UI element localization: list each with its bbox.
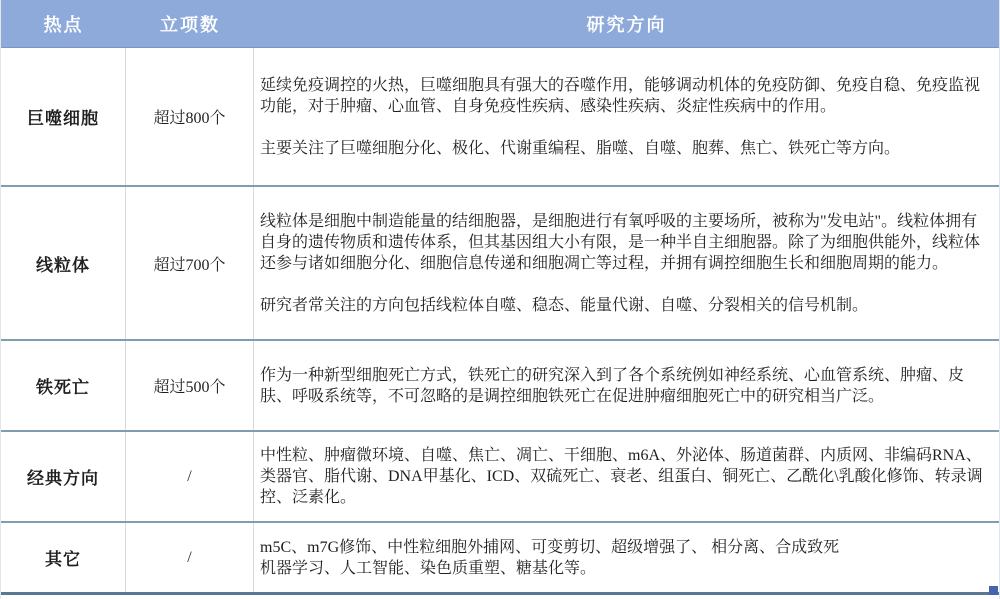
direction-paragraph: m5C、m7G修饰、中性粒细胞外捕网、可变剪切、超级增强了、 相分离、合成致死 — [260, 537, 983, 558]
table-row: 铁死亡 超过500个 作为一种新型细胞死亡方式，铁死亡的研究深入到了各个系统例如… — [1, 341, 999, 432]
project-count-cell: 超过800个 — [126, 48, 254, 185]
hotspot-cell: 巨噬细胞 — [1, 48, 126, 185]
hotspot-cell: 线粒体 — [1, 187, 126, 339]
direction-paragraph: 线粒体是细胞中制造能量的结细胞器，是细胞进行有氧呼吸的主要场所，被称为"发电站"… — [260, 211, 983, 274]
hotspot-cell: 经典方向 — [1, 432, 126, 521]
research-direction-cell: m5C、m7G修饰、中性粒细胞外捕网、可变剪切、超级增强了、 相分离、合成致死 … — [254, 523, 999, 592]
direction-paragraph: 中性粒、肿瘤微环境、自噬、焦亡、凋亡、干细胞、m6A、外泌体、肠道菌群、内质网、… — [260, 445, 983, 508]
project-count-cell: / — [126, 432, 254, 521]
table-bottom-rule — [1, 592, 999, 595]
table-header: 热点 立项数 研究方向 — [1, 0, 999, 48]
hotspot-cell: 铁死亡 — [1, 341, 126, 430]
hotspot-cell: 其它 — [1, 523, 126, 592]
table-row: 线粒体 超过700个 线粒体是细胞中制造能量的结细胞器，是细胞进行有氧呼吸的主要… — [1, 187, 999, 341]
project-count-cell: / — [126, 523, 254, 592]
table-row: 经典方向 / 中性粒、肿瘤微环境、自噬、焦亡、凋亡、干细胞、m6A、外泌体、肠道… — [1, 432, 999, 523]
direction-paragraph: 研究者常关注的方向包括线粒体自噬、稳态、能量代谢、自噬、分裂相关的信号机制。 — [260, 295, 983, 316]
direction-paragraph: 延续免疫调控的火热，巨噬细胞具有强大的吞噬作用，能够调动机体的免疫防御、免疫自稳… — [260, 75, 983, 117]
research-hotspots-table: 热点 立项数 研究方向 巨噬细胞 超过800个 延续免疫调控的火热，巨噬细胞具有… — [0, 0, 1000, 599]
research-direction-cell: 作为一种新型细胞死亡方式，铁死亡的研究深入到了各个系统例如神经系统、心血管系统、… — [254, 341, 999, 430]
direction-paragraph: 作为一种新型细胞死亡方式，铁死亡的研究深入到了各个系统例如神经系统、心血管系统、… — [260, 365, 983, 407]
header-research-direction: 研究方向 — [254, 0, 999, 47]
direction-paragraph: 主要关注了巨噬细胞分化、极化、代谢重编程、脂噬、自噬、胞葬、焦亡、铁死亡等方向。 — [260, 138, 983, 159]
table-row: 巨噬细胞 超过800个 延续免疫调控的火热，巨噬细胞具有强大的吞噬作用，能够调动… — [1, 48, 999, 187]
header-project-count: 立项数 — [126, 0, 254, 47]
table-row: 其它 / m5C、m7G修饰、中性粒细胞外捕网、可变剪切、超级增强了、 相分离、… — [1, 523, 999, 592]
project-count-cell: 超过500个 — [126, 341, 254, 430]
direction-paragraph: 机器学习、人工智能、染色质重塑、糖基化等。 — [260, 558, 983, 579]
research-direction-cell: 延续免疫调控的火热，巨噬细胞具有强大的吞噬作用，能够调动机体的免疫防御、免疫自稳… — [254, 48, 999, 185]
selection-fill-handle — [989, 586, 998, 595]
project-count-cell: 超过700个 — [126, 187, 254, 339]
research-direction-cell: 线粒体是细胞中制造能量的结细胞器，是细胞进行有氧呼吸的主要场所，被称为"发电站"… — [254, 187, 999, 339]
header-hotspot: 热点 — [1, 0, 126, 47]
research-direction-cell: 中性粒、肿瘤微环境、自噬、焦亡、凋亡、干细胞、m6A、外泌体、肠道菌群、内质网、… — [254, 432, 999, 521]
